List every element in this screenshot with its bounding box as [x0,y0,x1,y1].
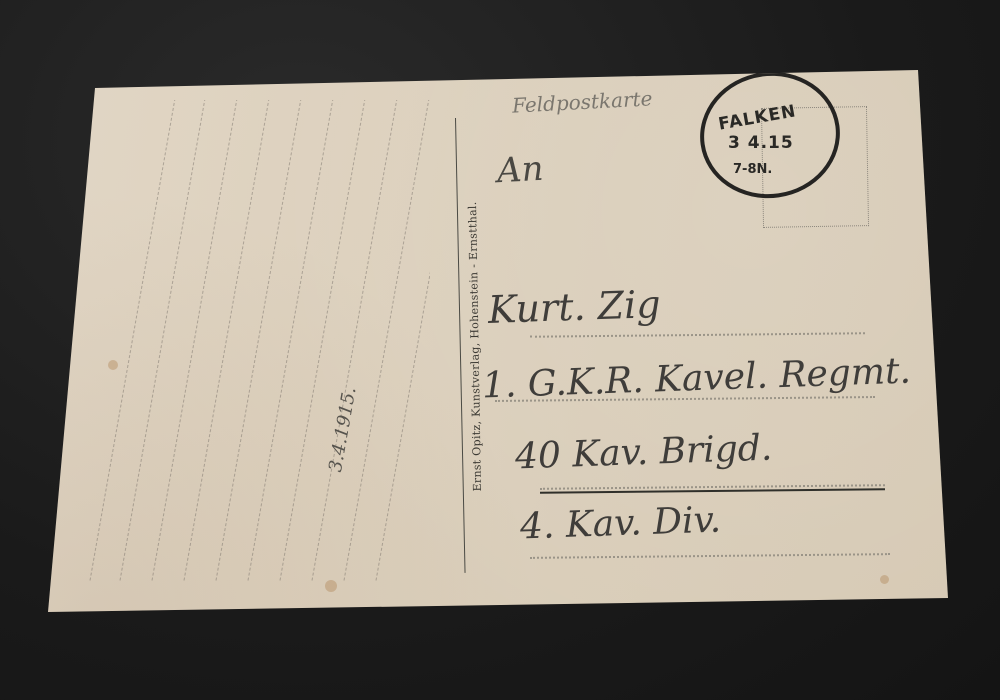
message-area [70,100,430,600]
address-line-1: Kurt. Zig [487,282,661,332]
postmark-date: 3 4.15 [728,133,794,153]
stain [108,360,118,370]
address-line-4: 4. Kav. Div. [519,500,721,548]
stain [880,575,889,584]
stain [325,580,337,592]
postcard: 3.4.1915. Ernst Opitz, Kunstverlag, Hohe… [0,0,1000,700]
salutation: An [496,149,544,191]
postmark-time: 7-8N. [733,162,772,177]
